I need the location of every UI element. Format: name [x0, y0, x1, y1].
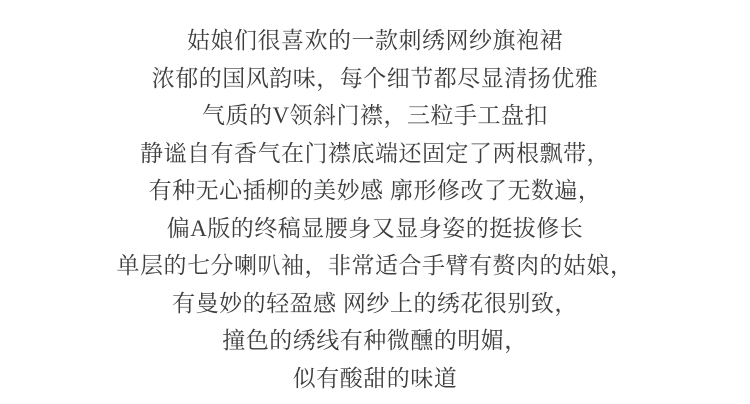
description-line: 似有酸甜的味道 — [0, 360, 750, 398]
description-line: 浓郁的国风韵味，每个细节都尽显清扬优雅 — [0, 60, 750, 98]
product-description-page: 姑娘们很喜欢的一款刺绣网纱旗袍裙 浓郁的国风韵味，每个细节都尽显清扬优雅 气质的… — [0, 0, 750, 404]
description-line: 有曼妙的轻盈感 网纱上的绣花很别致， — [0, 285, 750, 323]
description-line: 单层的七分喇叭袖，非常适合手臂有赘肉的姑娘， — [0, 247, 750, 285]
description-line: 撞色的绣线有种微醺的明媚， — [0, 322, 750, 360]
description-line: 气质的V领斜门襟，三粒手工盘扣 — [0, 97, 750, 135]
description-line: 静谧自有香气在门襟底端还固定了两根飘带， — [0, 135, 750, 173]
description-line: 有种无心插柳的美妙感 廓形修改了无数遍， — [0, 172, 750, 210]
description-line: 姑娘们很喜欢的一款刺绣网纱旗袍裙 — [0, 22, 750, 60]
description-line: 偏A版的终稿显腰身又显身姿的挺拔修长 — [0, 210, 750, 248]
